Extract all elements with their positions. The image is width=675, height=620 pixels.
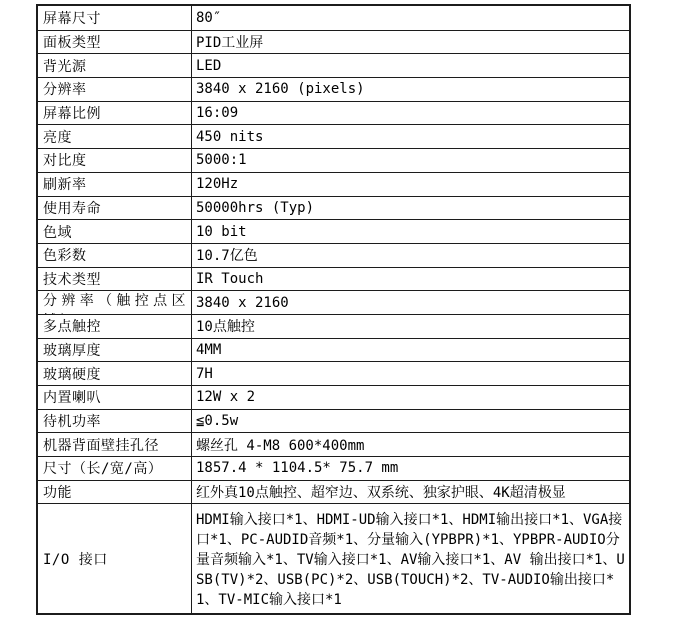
table-row: 使用寿命 50000hrs (Typ) <box>38 196 629 220</box>
table-row: I/O 接口 HDMI输入接口*1、HDMI-UD输入接口*1、HDMI输出接口… <box>38 503 629 613</box>
table-row: 内置喇叭 12W x 2 <box>38 385 629 409</box>
spec-value-text: 3840 x 2160 (pixels) <box>196 81 365 97</box>
spec-value-backlight: LED <box>192 54 629 77</box>
spec-table: 屏幕尺寸 80″ 面板类型 PID工业屏 背光源 LED 分辨率 3840 x … <box>36 4 631 615</box>
table-row: 分辨率（触控点区域） 3840 x 2160 <box>38 290 629 314</box>
spec-label-multitouch: 多点触控 <box>38 315 192 338</box>
spec-value-text: 50000hrs (Typ) <box>196 200 314 216</box>
spec-label-text: I/O 接口 <box>43 549 108 569</box>
spec-label-glass-thickness: 玻璃厚度 <box>38 339 192 362</box>
table-row: 待机功率 ≦0.5w <box>38 409 629 433</box>
table-row: 机器背面壁挂孔径 螺丝孔 4-M8 600*400mm <box>38 432 629 456</box>
spec-label-text: 玻璃厚度 <box>43 340 101 360</box>
spec-label-text: 内置喇叭 <box>43 387 101 407</box>
table-row: 屏幕尺寸 80″ <box>38 6 629 30</box>
spec-value-text: 5000:1 <box>196 152 247 168</box>
spec-value-glass-thickness: 4MM <box>192 339 629 362</box>
spec-label-wall-mount: 机器背面壁挂孔径 <box>38 433 192 456</box>
spec-label-dimensions: 尺寸（长/宽/高） <box>38 457 192 480</box>
table-row: 背光源 LED <box>38 53 629 77</box>
spec-value-text: 4MM <box>196 342 221 358</box>
spec-value-io-ports: HDMI输入接口*1、HDMI-UD输入接口*1、HDMI输出接口*1、VGA接… <box>192 504 629 613</box>
spec-label-panel-type: 面板类型 <box>38 31 192 54</box>
spec-value-wall-mount: 螺丝孔 4-M8 600*400mm <box>192 433 629 456</box>
spec-label-text: 对比度 <box>43 150 87 170</box>
spec-value-text: 3840 x 2160 <box>196 295 289 311</box>
spec-label-resolution: 分辨率 <box>38 78 192 101</box>
table-row: 面板类型 PID工业屏 <box>38 30 629 54</box>
spec-label-text: 背光源 <box>43 56 87 76</box>
spec-label-text: 刷新率 <box>43 174 87 194</box>
spec-label-text: 屏幕比例 <box>43 103 101 123</box>
spec-label-standby-power: 待机功率 <box>38 410 192 433</box>
spec-label-text: 分辨率 <box>43 79 87 99</box>
spec-label-touch-tech: 技术类型 <box>38 268 192 291</box>
spec-value-text: 7H <box>196 366 213 382</box>
spec-value-text: LED <box>196 58 221 74</box>
spec-label-text: 技术类型 <box>43 269 101 289</box>
table-row: 功能 红外真10点触控、超窄边、双系统、独家护眼、4K超清极显 <box>38 480 629 504</box>
spec-label-color-gamut: 色域 <box>38 220 192 243</box>
spec-value-text: IR Touch <box>196 271 263 287</box>
table-row: 技术类型 IR Touch <box>38 267 629 291</box>
spec-label-features: 功能 <box>38 481 192 504</box>
spec-value-text: ≦0.5w <box>196 413 238 429</box>
spec-value-text: PID工业屏 <box>196 32 263 52</box>
spec-label-text: 玻璃硬度 <box>43 364 101 384</box>
spec-value-text: 450 nits <box>196 129 263 145</box>
spec-value-screen-size: 80″ <box>192 6 629 30</box>
spec-value-text: 16:09 <box>196 105 238 121</box>
spec-label-lifespan: 使用寿命 <box>38 197 192 220</box>
spec-value-color-count: 10.7亿色 <box>192 244 629 267</box>
table-row: 玻璃硬度 7H <box>38 361 629 385</box>
spec-label-text: 分辨率（触控点区域） <box>43 291 189 314</box>
spec-label-text: 使用寿命 <box>43 198 101 218</box>
table-row: 玻璃厚度 4MM <box>38 338 629 362</box>
spec-label-text: 尺寸（长/宽/高） <box>43 458 162 478</box>
table-row: 刷新率 120Hz <box>38 172 629 196</box>
spec-value-text: 螺丝孔 4-M8 600*400mm <box>196 435 364 455</box>
spec-label-text: 屏幕尺寸 <box>43 8 101 28</box>
spec-value-refresh-rate: 120Hz <box>192 173 629 196</box>
table-row: 色域 10 bit <box>38 219 629 243</box>
spec-label-aspect-ratio: 屏幕比例 <box>38 102 192 125</box>
spec-value-text: 红外真10点触控、超窄边、双系统、独家护眼、4K超清极显 <box>196 482 566 502</box>
spec-value-text: HDMI输入接口*1、HDMI-UD输入接口*1、HDMI输出接口*1、VGA接… <box>196 510 625 610</box>
spec-label-screen-size: 屏幕尺寸 <box>38 6 192 30</box>
spec-value-brightness: 450 nits <box>192 125 629 148</box>
spec-value-speakers: 12W x 2 <box>192 386 629 409</box>
table-row: 尺寸（长/宽/高） 1857.4 * 1104.5* 75.7 mm <box>38 456 629 480</box>
table-row: 对比度 5000:1 <box>38 148 629 172</box>
table-row: 屏幕比例 16:09 <box>38 101 629 125</box>
spec-label-contrast: 对比度 <box>38 149 192 172</box>
spec-label-text: 多点触控 <box>43 316 101 336</box>
spec-value-text: 12W x 2 <box>196 389 255 405</box>
spec-value-text: 120Hz <box>196 176 238 192</box>
spec-value-touch-tech: IR Touch <box>192 268 629 291</box>
spec-label-text: 亮度 <box>43 127 72 147</box>
spec-label-brightness: 亮度 <box>38 125 192 148</box>
spec-value-color-gamut: 10 bit <box>192 220 629 243</box>
spec-label-text: 待机功率 <box>43 411 101 431</box>
spec-value-glass-hardness: 7H <box>192 362 629 385</box>
spec-value-text: 1857.4 * 1104.5* 75.7 mm <box>196 460 398 476</box>
spec-label-text: 功能 <box>43 482 72 502</box>
spec-value-standby-power: ≦0.5w <box>192 410 629 433</box>
spec-value-text: 10.7亿色 <box>196 245 258 265</box>
table-row: 亮度 450 nits <box>38 124 629 148</box>
spec-label-text: 机器背面壁挂孔径 <box>43 435 159 455</box>
spec-value-aspect-ratio: 16:09 <box>192 102 629 125</box>
spec-label-touch-resolution: 分辨率（触控点区域） <box>38 291 192 314</box>
spec-value-features: 红外真10点触控、超窄边、双系统、独家护眼、4K超清极显 <box>192 481 629 504</box>
spec-value-panel-type: PID工业屏 <box>192 31 629 54</box>
spec-value-resolution: 3840 x 2160 (pixels) <box>192 78 629 101</box>
table-row: 色彩数 10.7亿色 <box>38 243 629 267</box>
spec-value-multitouch: 10点触控 <box>192 315 629 338</box>
spec-value-text: 10 bit <box>196 224 247 240</box>
spec-value-contrast: 5000:1 <box>192 149 629 172</box>
spec-value-touch-resolution: 3840 x 2160 <box>192 291 629 314</box>
spec-value-text: 10点触控 <box>196 316 255 336</box>
spec-label-speakers: 内置喇叭 <box>38 386 192 409</box>
spec-label-glass-hardness: 玻璃硬度 <box>38 362 192 385</box>
table-row: 分辨率 3840 x 2160 (pixels) <box>38 77 629 101</box>
table-row: 多点触控 10点触控 <box>38 314 629 338</box>
spec-label-text: 面板类型 <box>43 32 101 52</box>
spec-value-lifespan: 50000hrs (Typ) <box>192 197 629 220</box>
spec-label-io-ports: I/O 接口 <box>38 504 192 613</box>
spec-value-dimensions: 1857.4 * 1104.5* 75.7 mm <box>192 457 629 480</box>
spec-label-backlight: 背光源 <box>38 54 192 77</box>
spec-label-refresh-rate: 刷新率 <box>38 173 192 196</box>
spec-label-text: 色彩数 <box>43 245 87 265</box>
spec-label-text: 色域 <box>43 222 72 242</box>
spec-value-text: 80″ <box>196 10 221 26</box>
spec-label-color-count: 色彩数 <box>38 244 192 267</box>
